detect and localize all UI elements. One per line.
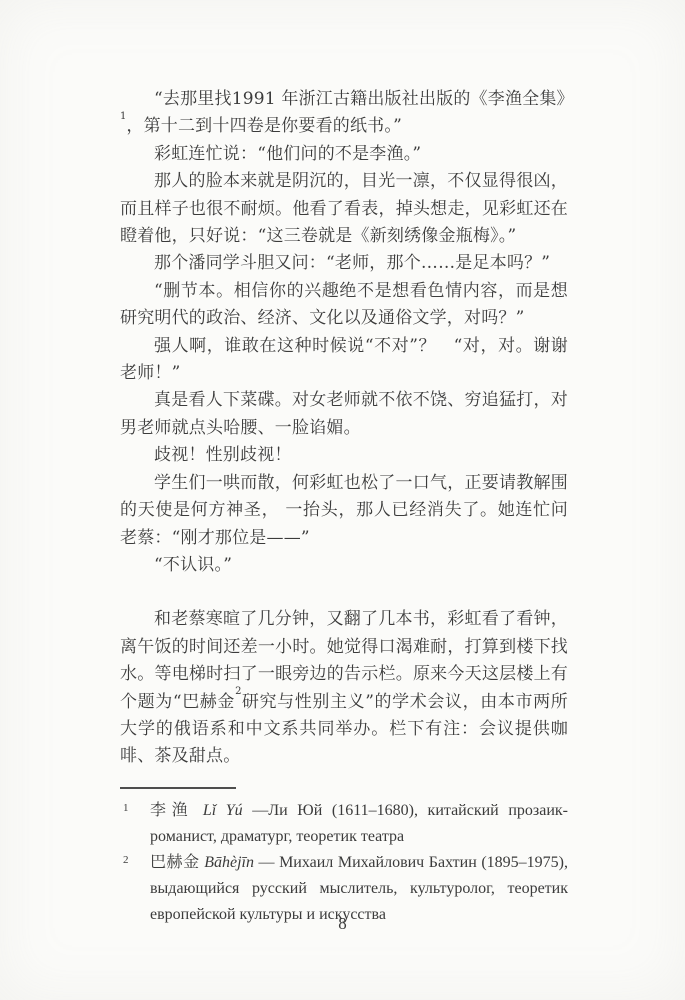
paragraph: “不认识。”	[120, 552, 568, 579]
paragraph: 强人啊，谁敢在这种时候说“不对”？ “对，对。谢谢老师！”	[120, 333, 568, 388]
pinyin-italic: Lǐ Yú	[203, 802, 243, 819]
text-run: 歧视！性别歧视！	[154, 445, 292, 465]
text-run: 那人的脸本来就是阴沉的，目光一凛，不仅显得很凶，而且样子也很不耐烦。他看了看表，…	[120, 171, 568, 246]
paragraph: 学生们一哄而散，何彩虹也松了一口气，正要请教解围的天使是何方神圣， 一抬头，那人…	[120, 470, 568, 552]
paragraph: 歧视！性别歧视！	[120, 442, 568, 469]
page-number: 8	[0, 914, 685, 934]
body-text: “去那里找1991 年浙江古籍出版社出版的《李渔全集》1，第十二到十四卷是你要看…	[120, 86, 568, 771]
text-run: 彩虹连忙说：“他们问的不是李渔。”	[154, 144, 421, 164]
paragraph: 那人的脸本来就是阴沉的，目光一凛，不仅显得很凶，而且样子也很不耐烦。他看了看表，…	[120, 168, 568, 250]
text-run: 学生们一哄而散，何彩虹也松了一口气，正要请教解围的天使是何方神圣， 一抬头，那人…	[120, 473, 568, 548]
paragraph-gap	[120, 579, 568, 606]
pinyin-italic: Bāhèjīn	[204, 854, 254, 871]
footnote-marker: 2	[123, 847, 129, 873]
text-run: “不认识。”	[154, 555, 232, 575]
footnote-reference: 1	[120, 111, 126, 122]
footnote-list: 1李渔 Lǐ Yú —Ли Юй (1611–1680), китайский …	[120, 798, 568, 928]
text-run: “去那里找1991 年浙江古籍出版社出版的《李渔全集》	[154, 89, 574, 109]
paragraph: “去那里找1991 年浙江古籍出版社出版的《李渔全集》1，第十二到十四卷是你要看…	[120, 86, 568, 141]
text-run: 巴赫金	[150, 854, 204, 871]
footnote-separator	[120, 787, 236, 789]
footnote-item: 1李渔 Lǐ Yú —Ли Юй (1611–1680), китайский …	[120, 798, 568, 850]
paragraph: “删节本。相信你的兴趣绝不是想看色情内容，而是想研究明代的政治、经济、文化以及通…	[120, 278, 568, 333]
text-block: “去那里找1991 年浙江古籍出版社出版的《李渔全集》1，第十二到十四卷是你要看…	[120, 86, 568, 928]
text-run: 真是看人下菜碟。对女老师就不依不饶、穷追猛打，对男老师就点头哈腰、一脸谄媚。	[120, 390, 568, 437]
text-run: 那个潘同学斗胆又问：“老师，那个……是足本吗？”	[154, 253, 550, 273]
text-run: ，第十二到十四卷是你要看的纸书。”	[126, 116, 402, 136]
text-run: 李渔	[150, 802, 203, 819]
text-run: “删节本。相信你的兴趣绝不是想看色情内容，而是想研究明代的政治、经济、文化以及通…	[120, 281, 568, 328]
footnote-reference: 2	[235, 686, 241, 697]
footnote-marker: 1	[123, 795, 129, 821]
paragraph: 和老蔡寒暄了几分钟，又翻了几本书，彩虹看了看钟，离午饭的时间还差一小时。她觉得口…	[120, 606, 568, 770]
paragraph: 彩虹连忙说：“他们问的不是李渔。”	[120, 141, 568, 168]
paragraph: 那个潘同学斗胆又问：“老师，那个……是足本吗？”	[120, 250, 568, 277]
paragraph: 真是看人下菜碟。对女老师就不依不饶、穷追猛打，对男老师就点头哈腰、一脸谄媚。	[120, 387, 568, 442]
footnotes-section: 1李渔 Lǐ Yú —Ли Юй (1611–1680), китайский …	[120, 787, 568, 928]
book-page: “去那里找1991 年浙江古籍出版社出版的《李渔全集》1，第十二到十四卷是你要看…	[0, 0, 685, 1000]
text-run: 强人啊，谁敢在这种时候说“不对”？ “对，对。谢谢老师！”	[120, 336, 568, 383]
